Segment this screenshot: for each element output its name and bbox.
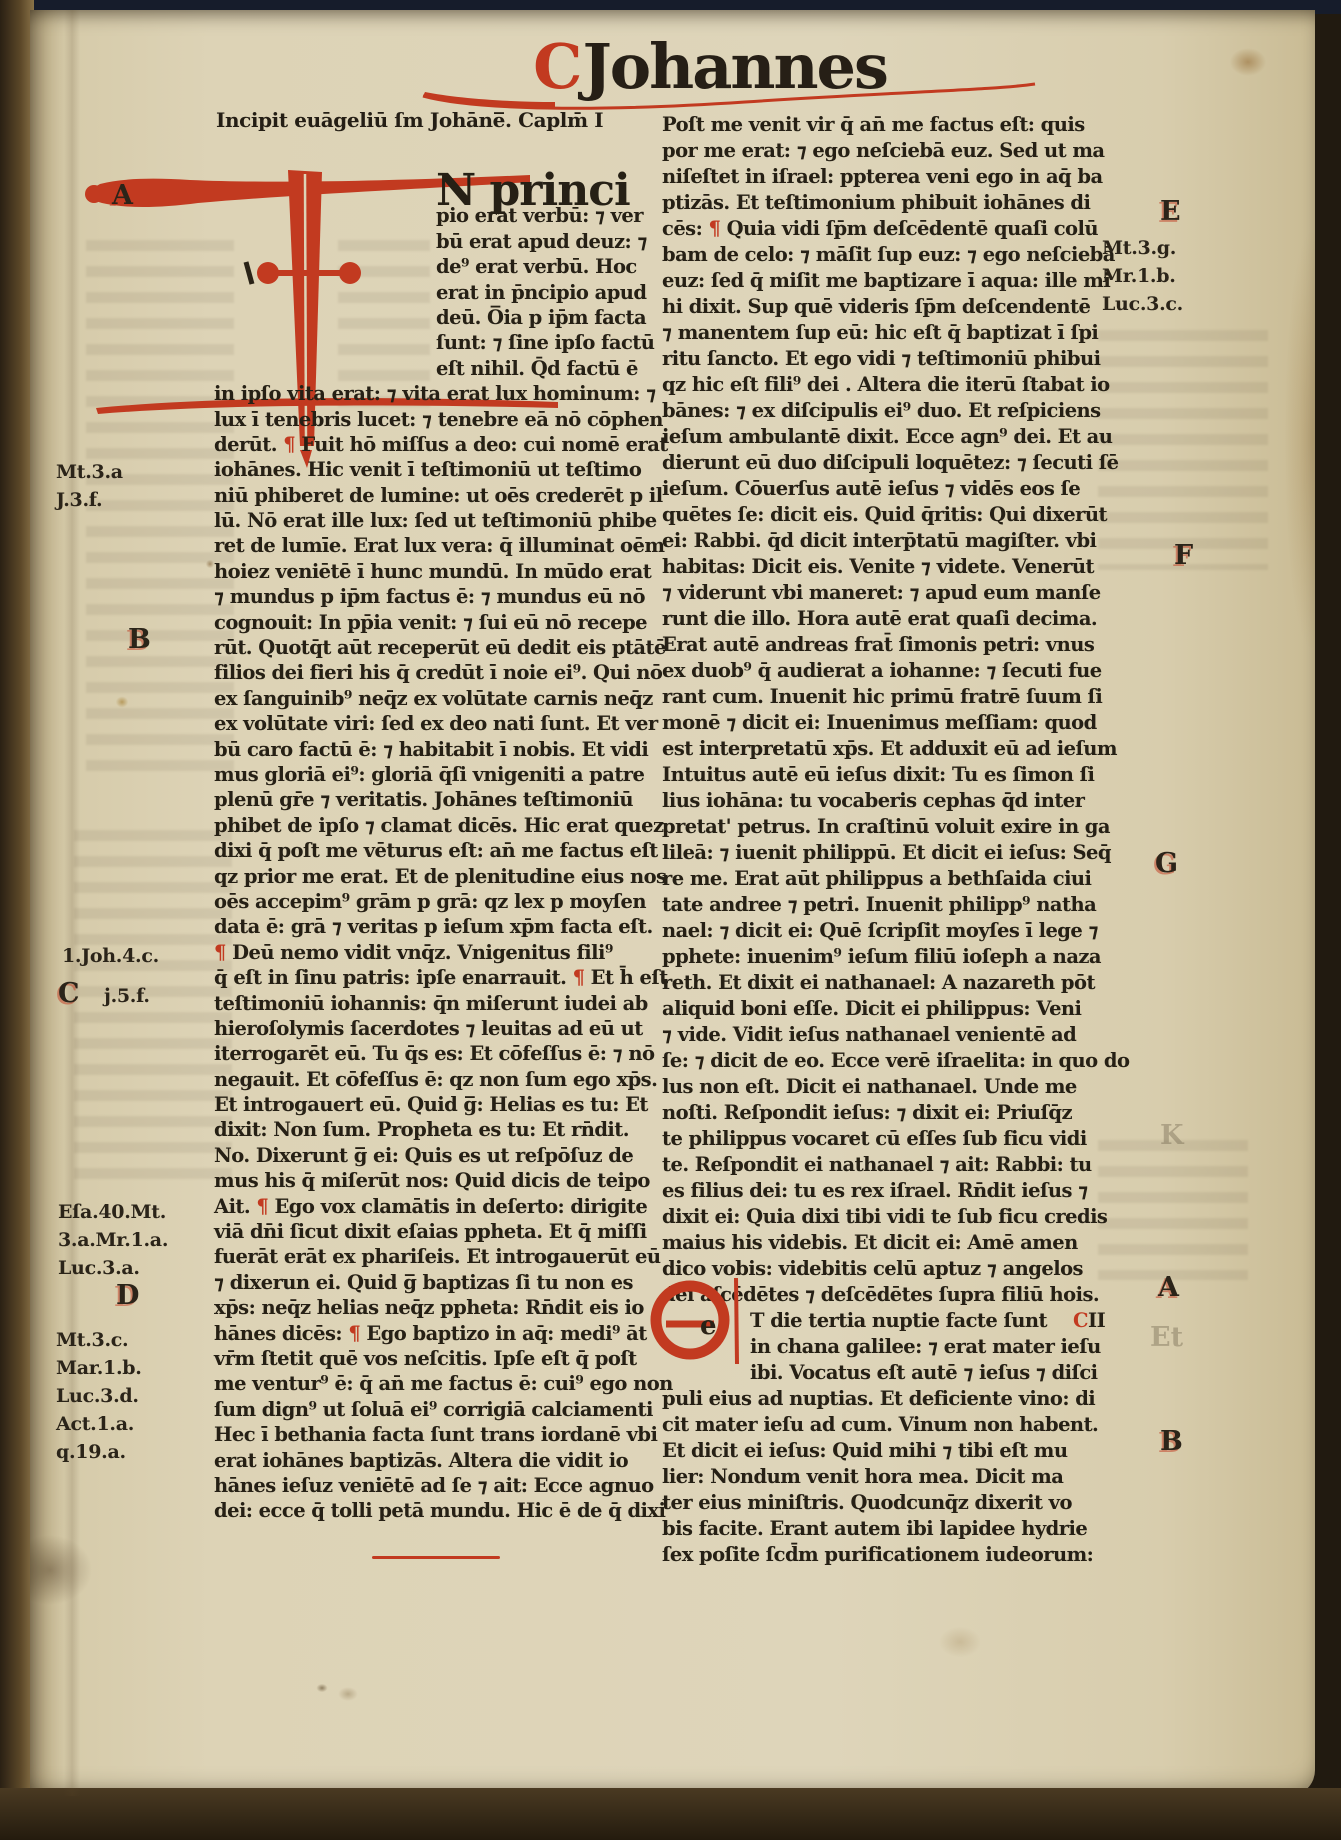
text-line: ptizās. Et teſtimonium phibuit iohānes d…	[662, 190, 1088, 216]
margin-section-letter: E	[1160, 196, 1181, 227]
text-line: ei: Rabbi. q̄d dicit interp̄tatū magiſte…	[662, 528, 1088, 554]
text-line: hoiez veniētē ī hunc mundū. In mūdo erat	[214, 559, 642, 584]
text-line: derūt. ¶ Fuit hō miſſus a deo: cui nomē …	[214, 432, 642, 457]
text-line: ſe: ⁊ dicit de eo. Ecce verē iſraelita: …	[662, 1048, 1088, 1074]
scanned-incunabulum-page: { "accent_red": "#c23a20", "ink": "#2620…	[0, 0, 1341, 1840]
text-line: dixit: Non ſum. Propheta es tu: Et rn̄di…	[214, 1117, 642, 1142]
margin-reference-line: Luc.3.d.	[56, 1382, 142, 1410]
red-stroke	[372, 1556, 500, 1559]
text-line: lū. Nō erat ille lux: ſed ut teſtimoniū …	[214, 508, 642, 533]
text-line: ¶ Deū nemo vidit vnq̄z. Vnigenitus fili⁹	[214, 940, 642, 965]
text-line: cognouit: In pp̄ia venit: ⁊ ſui eū nō re…	[214, 610, 642, 635]
text-line: erat in p̄ncipio apud	[214, 280, 642, 305]
text-line: me ventur⁹ ē: q̄ an̄ me factus ē: cui⁹ e…	[214, 1371, 642, 1396]
margin-reference: j.5.f.	[104, 982, 150, 1010]
text-line: ex volūtate viri: ſed ex deo nati ſunt. …	[214, 711, 642, 736]
text-line: Erat autē andreas frat̄ ſimonis petri: v…	[662, 632, 1088, 658]
text-line: habitas: Dicit eis. Venite ⁊ videte. Ven…	[662, 554, 1088, 580]
text-line: runt die illo. Hora autē erat quaſi deci…	[662, 606, 1088, 632]
text-line: in ipſo vita erat: ⁊ vita erat lux homin…	[214, 381, 642, 406]
text-line: lius iohāna: tu vocaberis cephas q̄d int…	[662, 788, 1088, 814]
text-line: ſum dign⁹ ut ſoluā ei⁹ corrigiā calciame…	[214, 1397, 642, 1422]
binding-edge	[0, 0, 34, 1840]
text-line: por me erat: ⁊ ego neſciebā euz. Sed ut …	[662, 138, 1088, 164]
text-line: mus gloriā ei⁹: gloriā q̄ſi vnigeniti a …	[214, 762, 642, 787]
text-line: quētes ſe: dicit eis. Quid q̄ritis: Qui …	[662, 502, 1088, 528]
text-line: data ē: grā ⁊ veritas p ieſum xp̄m facta…	[214, 914, 642, 939]
text-line: viā dn̄i ſicut dixit eſaias ppheta. Et q…	[214, 1219, 642, 1244]
opening-words: N princi	[214, 178, 642, 203]
margin-reference: Mt.3.g.Mr.1.b.Luc.3.c.	[1102, 234, 1183, 318]
text-line: Et introgauert eū. Quid g̅: Helias es tu…	[214, 1092, 642, 1117]
text-line: rant cum. Inuenit hic primū fratrē ſuum …	[662, 684, 1088, 710]
text-line: dei: ecce q̄ tolli petā mundu. Hic ē de …	[214, 1498, 642, 1523]
text-line: deū. O̅ia p ip̄m facta	[214, 305, 642, 330]
text-line: bū erat apud deuz: ⁊	[214, 229, 642, 254]
text-line: No. Dixerunt g̅ ei: Quis es ut reſpōſuz …	[214, 1143, 642, 1168]
text-line: hānes dicēs: ¶ Ego baptizo in aq̄: medi⁹…	[214, 1321, 642, 1346]
text-line: niū phiberet de lumine: ut oēs crederēt …	[214, 483, 642, 508]
text-line: hieroſolymis ſacerdotes ⁊ leuitas ad eū …	[214, 1016, 642, 1041]
margin-reference: 1.Joh.4.c.	[62, 942, 159, 970]
text-line: eſt nihil. Q̄d factū ē	[214, 356, 642, 381]
text-line: qz hic eſt fili⁹ dei . Altera die iterū …	[662, 372, 1088, 398]
text-line: ⁊ manentem ſup eū: hic eſt q̄ baptizat ī…	[662, 320, 1088, 346]
text-line: teſtimoniū iohannis: q̄n miſerunt iudei …	[214, 991, 642, 1016]
text-line: Et dicit ei ieſus: Quid mihi ⁊ tibi eſt …	[662, 1438, 1088, 1464]
text-line: qz prior me erat. Et de plenitudine eius…	[214, 864, 642, 889]
text-line: pio erat verbū: ⁊ ver	[214, 203, 642, 228]
text-line: lux ī tenebris lucet: ⁊ tenebre eā nō cō…	[214, 407, 642, 432]
text-line: ieſum ambulantē dixit. Ecce agn⁹ dei. Et…	[662, 424, 1088, 450]
text-line: ⁊ vide. Vidit ieſus nathanael venientē a…	[662, 1022, 1088, 1048]
text-line: ex duob⁹ q̄ audierat a iohanne: ⁊ ſecuti…	[662, 658, 1088, 684]
rubric-pilcrow-icon: ¶	[709, 217, 721, 240]
margin-reference-line: j.5.f.	[104, 982, 150, 1010]
margin-section-letter: D	[116, 1280, 139, 1311]
text-line: Ait. ¶ Ego vox clamātis in deſerto: diri…	[214, 1194, 642, 1219]
text-line: hi dixit. Sup quē videris ſp̄m deſcenden…	[662, 294, 1088, 320]
text-line: es filius dei: tu es rex iſrael. Rn̄dit …	[662, 1178, 1088, 1204]
margin-reference: Eſa.40.Mt.3.a.Mr.1.a.Luc.3.a.	[58, 1198, 168, 1282]
text-line: bū caro factū ē: ⁊ habitabit ī nobis. Et…	[214, 737, 642, 762]
photo-edge-bottom	[0, 1788, 1341, 1840]
text-line: iterrogarēt eū. Tu q̄s es: Et cōfeſſus ē…	[214, 1041, 642, 1066]
text-line: pretat' petrus. In craſtinū voluit exire…	[662, 814, 1088, 840]
margin-reference-line: J.3.f.	[56, 486, 123, 514]
text-line: fuerāt erāt ex phariſeis. Et introgauerū…	[214, 1244, 642, 1269]
text-line: lileā: ⁊ iuenit philippū. Et dicit ei ie…	[662, 840, 1088, 866]
incipit-line: Incipit euāgeliū ſm Johāne̅. Caplm̄ I	[216, 108, 636, 132]
rubric-pilcrow-icon: ¶	[256, 1195, 268, 1218]
text-line: puli eius ad nuptias. Et deficiente vino…	[662, 1386, 1088, 1412]
margin-section-letter: B	[128, 624, 151, 655]
text-line: cēs: ¶ Quia vidi ſp̄m deſcēdentē quaſi c…	[662, 216, 1088, 242]
showthrough-text	[74, 830, 232, 1180]
text-line: bam de celo: ⁊ māſit ſup euz: ⁊ ego neſc…	[662, 242, 1088, 268]
showthrough-text	[1098, 330, 1268, 570]
text-line: ⁊ mundus p ip̄m factus ē: ⁊ mundus eū nō	[214, 584, 642, 609]
margin-reference-line: Mar.1.b.	[56, 1354, 142, 1382]
text-line: iohānes. Hic venit ī teſtimoniū ut teſti…	[214, 457, 642, 482]
text-line: ex ſanguinib⁹ neq̄z ex volūtate carnis n…	[214, 686, 642, 711]
text-line: negauit. Et cōfeſſus ē: qz non ſum ego x…	[214, 1067, 642, 1092]
text-line: dierunt eū duo diſcipuli loquētez: ⁊ ſec…	[662, 450, 1088, 476]
margin-reference-line: Mt.3.g.	[1102, 234, 1183, 262]
text-line: est interpretatū xp̄s. Et adduxit eū ad …	[662, 736, 1088, 762]
text-line: re me. Erat aūt philippus a bethſaida ci…	[662, 866, 1088, 892]
text-line: ⁊ dixerun ei. Quid g̅ baptizas ſi tu non…	[214, 1270, 642, 1295]
rubric-pilcrow-icon: ¶	[573, 966, 585, 989]
text-line: Hec ī bethania facta ſunt trans iordanē …	[214, 1422, 642, 1447]
text-column-left: N principio erat verbū: ⁊ verbū erat apu…	[214, 178, 642, 1524]
chapter2-initial-e: e	[648, 1278, 752, 1366]
margin-section-letter: Et	[1150, 1322, 1183, 1353]
text-line: cit mater ieſu ad cum. Vinum non habent.	[662, 1412, 1088, 1438]
text-line: noſti. Reſpondit ieſus: ⁊ dixit ei: Priu…	[662, 1100, 1088, 1126]
showthrough-text	[1098, 1140, 1248, 1280]
text-line: Intuitus autē eū ieſus dixit: Tu es ſimo…	[662, 762, 1088, 788]
margin-reference-line: Luc.3.c.	[1102, 290, 1183, 318]
text-line: te philippus vocaret cū eſſes ſub ficu v…	[662, 1126, 1088, 1152]
text-line: filios dei fieri his q̄ credūt ī noie ei…	[214, 660, 642, 685]
chapter-marker-pilcrow: C	[1073, 1309, 1088, 1332]
text-line: niſeſtet in iſrael: ppterea veni ego in …	[662, 164, 1088, 190]
text-line: de⁹ erat verbū. Hoc	[214, 254, 642, 279]
margin-reference-line: Mt.3.c.	[56, 1326, 142, 1354]
margin-section-letter: A	[112, 180, 133, 211]
text-line: phibet de ipſo ⁊ clamat dicēs. Hic erat …	[214, 813, 642, 838]
margin-reference-line: Mt.3.a	[56, 458, 123, 486]
text-line: reth. Et dixit ei nathanael: A nazareth …	[662, 970, 1088, 996]
margin-reference-line: q.19.a.	[56, 1438, 142, 1466]
rubric-pilcrow-icon: ¶	[283, 433, 295, 456]
text-line: ⁊ viderunt vbi maneret: ⁊ apud eum manſe	[662, 580, 1088, 606]
text-line: ter eius miniſtris. Quodcunq̄z dixerit v…	[662, 1490, 1088, 1516]
guide-letter-e: e	[700, 1311, 717, 1341]
text-line: xp̄s: neq̄z helias neq̄z ppheta: Rn̄dit …	[214, 1295, 642, 1320]
margin-section-letter: F	[1174, 540, 1193, 571]
text-line: nael: ⁊ dicit ei: Quē ſcripſit moyſes ī …	[662, 918, 1088, 944]
text-line: ieſum. Cōuerſus autē ieſus ⁊ vidēs eos ſ…	[662, 476, 1088, 502]
text-line: hānes ieſuz veniētē ad ſe ⁊ ait: Ecce ag…	[214, 1473, 642, 1498]
margin-reference-line: Luc.3.a.	[58, 1254, 168, 1282]
text-line: rūt. Quotq̄t aūt receperūt eū dedit eis …	[214, 635, 642, 660]
margin-reference-line: 3.a.Mr.1.a.	[58, 1226, 168, 1254]
text-line: te. Reſpondit ei nathanael ⁊ ait: Rabbi:…	[662, 1152, 1088, 1178]
text-line: plenū gr̄e ⁊ veritatis. Johānes teſtimon…	[214, 787, 642, 812]
text-line: tate andree ⁊ petri. Inuenit philipp⁹ na…	[662, 892, 1088, 918]
text-line: ſex poſite ſcd̄m purificationem iudeorum…	[662, 1542, 1088, 1568]
text-line: maius his videbis. Et dicit ei: Amē amen	[662, 1230, 1088, 1256]
text-line: oēs accepim⁹ grām p grā: qz lex p moyſen	[214, 889, 642, 914]
chapter-marker-numeral: II	[1088, 1309, 1105, 1332]
margin-reference-line: Mr.1.b.	[1102, 262, 1183, 290]
text-line: vr̄m ſtetit quē vos neſcitis. Ipſe eſt q…	[214, 1346, 642, 1371]
text-line: dixi q̄ poſt me vēturus eſt: an̄ me fact…	[214, 838, 642, 863]
text-line: ſunt: ⁊ ſine ipſo factū	[214, 330, 642, 355]
text-line: erat iohānes baptizās. Altera die vidit …	[214, 1448, 642, 1473]
margin-section-letter: G	[1155, 848, 1178, 879]
margin-section-letter: K	[1160, 1120, 1183, 1151]
margin-reference: Mt.3.c.Mar.1.b.Luc.3.d.Act.1.a.q.19.a.	[56, 1326, 142, 1466]
text-line: dixit ei: Quia dixi tibi vidi te ſub fic…	[662, 1204, 1088, 1230]
text-line: pphete: inuenim⁹ ieſum filiū ioſeph a na…	[662, 944, 1088, 970]
text-line: monē ⁊ dicit ei: Inuenimus meſſiam: quod	[662, 710, 1088, 736]
text-line: Poſt me venit vir q̄ an̄ me factus eſt: …	[662, 112, 1088, 138]
margin-reference-line: Act.1.a.	[56, 1410, 142, 1438]
rubric-pilcrow-icon: ¶	[214, 941, 226, 964]
text-line: lus non eſt. Dicit ei nathanael. Unde me	[662, 1074, 1088, 1100]
margin-section-letter: C	[58, 978, 80, 1009]
margin-section-letter: A	[1158, 1272, 1179, 1303]
text-line: euz: ſed q̄ miſit me baptizare ī aqua: i…	[662, 268, 1088, 294]
text-line: ret de lumīe. Erat lux vera: q̄ illumina…	[214, 533, 642, 558]
text-line: q̄ eſt in ſinu patris: ipſe enarrauit. ¶…	[214, 965, 642, 990]
text-line: lier: Nondum venit hora mea. Dicit ma	[662, 1464, 1088, 1490]
text-line: mus his q̄ miſerūt nos: Quid dicis de te…	[214, 1168, 642, 1193]
text-line: ritu ſancto. Et ego vidi ⁊ teſtimoniū ph…	[662, 346, 1088, 372]
margin-reference: Mt.3.aJ.3.f.	[56, 458, 123, 514]
text-line: bis facite. Erant autem ibi lapidee hydr…	[662, 1516, 1088, 1542]
margin-reference-line: Eſa.40.Mt.	[58, 1198, 168, 1226]
text-line: bānes: ⁊ ex diſcipulis ei⁹ duo. Et reſpi…	[662, 398, 1088, 424]
margin-reference-line: 1.Joh.4.c.	[62, 942, 159, 970]
text-line: aliquid boni eſſe. Dicit ei philippus: V…	[662, 996, 1088, 1022]
margin-section-letter: B	[1160, 1426, 1183, 1457]
rubric-pilcrow-icon: ¶	[348, 1322, 360, 1345]
